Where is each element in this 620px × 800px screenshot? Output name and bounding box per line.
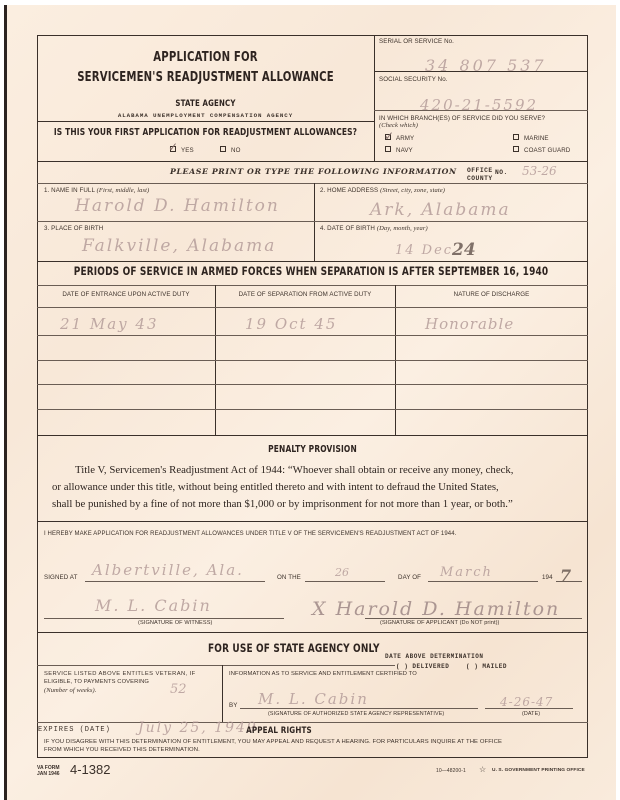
serial-rule <box>374 71 588 72</box>
army-label: ARMY <box>396 135 414 142</box>
state-agency-name: ALABAMA UNEMPLOYMENT COMPENSATION AGENCY <box>37 112 374 119</box>
applicant-line <box>365 618 582 619</box>
signed-at-line <box>85 581 265 582</box>
appeal-title: APPEAL RIGHTS <box>240 725 318 736</box>
declaration-top-rule <box>37 521 588 522</box>
service-row-1-separation[interactable]: 19 Oct 45 <box>245 315 337 333</box>
printer-name: U. S. GOVERNMENT PRINTING OFFICE <box>492 768 585 773</box>
witness-signature[interactable]: M. L. Cabin <box>95 596 212 615</box>
entitles-hint: (Number of weeks). <box>44 687 97 694</box>
penalty-line-2: or allowance under this title, without b… <box>52 479 499 496</box>
navy-label: NAVY <box>396 147 413 154</box>
county-label: COUNTY <box>467 175 493 182</box>
no-label: NO <box>231 147 240 154</box>
signed-at-value[interactable]: Albertville, Ala. <box>92 561 244 579</box>
month-value[interactable]: March <box>440 565 493 580</box>
agency-divider <box>222 665 223 722</box>
declaration-statement: I HEREBY MAKE APPLICATION FOR READJUSTME… <box>44 531 456 537</box>
name-label: 1. NAME IN FULL (First, middle, last) <box>44 187 149 194</box>
dob-label: 4. DATE OF BIRTH (Day, month, year) <box>320 225 428 232</box>
star-icon: ☆ <box>479 765 486 774</box>
office-label: OFFICE <box>467 167 493 174</box>
penalty-line-1: Title V, Servicemen's Readjustment Act o… <box>75 462 514 479</box>
weeks-value[interactable]: 52 <box>170 682 187 697</box>
agency-top-rule <box>37 632 588 633</box>
entitles-text-2: ELIGIBLE, TO PAYMENTS COVERING <box>44 679 149 685</box>
form-prefix: VA FORM JAN 1946 <box>37 765 60 777</box>
month-line <box>428 581 538 582</box>
expires-label: EXPIRES (DATE) <box>38 726 111 734</box>
day-line <box>305 581 385 582</box>
certified-label: INFORMATION AS TO SERVICE AND ENTITLEMEN… <box>229 671 417 677</box>
form-title-line1: APPLICATION FOR <box>74 50 337 65</box>
signed-at-label: SIGNED AT <box>44 574 77 581</box>
on-the-label: ON THE <box>277 574 301 581</box>
appeal-line-1: IF YOU DISAGREE WITH THIS DETERMINATION … <box>44 739 502 745</box>
address-label-text: 2. HOME ADDRESS <box>320 187 378 194</box>
checkmark-icon: ✓ <box>168 140 178 154</box>
agency-date-value[interactable]: 4-26-47 <box>500 695 553 709</box>
branch-question: IN WHICH BRANCH(ES) OF SERVICE DID YOU S… <box>379 115 545 122</box>
penalty-title: PENALTY PROVISION <box>98 444 528 455</box>
address-label: 2. HOME ADDRESS (Street, city, zone, sta… <box>320 187 445 194</box>
branch-hint: (Check which) <box>379 122 418 129</box>
fields-divider <box>314 183 315 261</box>
service-top-rule <box>37 261 588 262</box>
first-application-question: IS THIS YOUR FIRST APPLICATION FOR READJ… <box>30 127 382 138</box>
rep-label: (SIGNATURE OF AUTHORIZED STATE AGENCY RE… <box>268 711 444 717</box>
dob-hint: (Day, month, year) <box>377 225 428 232</box>
applicant-signature[interactable]: X Harold D. Hamilton <box>312 598 560 620</box>
entitles-text-1: SERVICE LISTED ABOVE ENTITLES VETERAN, I… <box>44 671 196 677</box>
year-value[interactable]: 7 <box>560 566 571 585</box>
form-title-line2: SERVICEMEN'S READJUSTMENT ALLOWANCE <box>37 70 373 85</box>
delivered-option[interactable]: ( ) DELIVERED <box>396 663 449 670</box>
year-prefix: 194 <box>542 574 553 581</box>
print-code: 10—48200-1 <box>436 768 466 774</box>
birthplace-label: 3. PLACE OF BIRTH <box>44 225 103 232</box>
form-prefix-2: JAN 1946 <box>37 771 60 777</box>
day-value[interactable]: 26 <box>335 566 349 579</box>
address-value[interactable]: Ark, Alabama <box>370 200 511 220</box>
penalty-line-3: shall be punished by a fine of not more … <box>52 496 513 513</box>
witness-label: (SIGNATURE OF WITNESS) <box>138 620 213 626</box>
agency-mid-rule <box>37 665 395 666</box>
service-row-rule <box>37 335 588 336</box>
branch-marine[interactable]: MARINE <box>513 135 549 142</box>
service-header-rule <box>37 285 588 286</box>
name-label-text: 1. NAME IN FULL <box>44 187 95 194</box>
branch-coast-guard[interactable]: COAST GUARD <box>513 147 570 154</box>
fields-mid-rule <box>37 221 588 222</box>
header-rule <box>37 121 374 122</box>
coast-guard-box[interactable] <box>513 146 519 152</box>
service-row-rule <box>37 409 588 410</box>
dob-year[interactable]: 24 <box>452 240 476 260</box>
marine-box[interactable] <box>513 134 519 140</box>
service-row-1-discharge[interactable]: Honorable <box>425 315 514 333</box>
ssn-rule <box>374 110 588 111</box>
col-discharge-header: NATURE OF DISCHARGE <box>395 291 588 298</box>
service-row-rule <box>37 384 588 385</box>
service-row-1-entrance[interactable]: 21 May 43 <box>60 315 159 333</box>
marine-label: MARINE <box>524 135 549 142</box>
header-bottom-rule <box>37 161 588 162</box>
dob-label-text: 4. DATE OF BIRTH <box>320 225 375 232</box>
day-of-label: DAY OF <box>398 574 421 581</box>
print-instructions: PLEASE PRINT OR TYPE THE FOLLOWING INFOR… <box>170 167 457 176</box>
applicant-label: (SIGNATURE OF APPLICANT (Do NOT print)) <box>380 620 500 626</box>
ssn-value[interactable]: 420-21-5592 <box>420 96 538 114</box>
appeal-line-2: FROM WHICH YOU RECEIVED THIS DETERMINATI… <box>44 747 200 753</box>
penalty-top-rule <box>37 435 588 436</box>
col-entrance-header: DATE OF ENTRANCE UPON ACTIVE DUTY <box>37 291 215 298</box>
serial-value[interactable]: 34 807 537 <box>425 56 547 75</box>
witness-line <box>44 618 284 619</box>
name-hint: (First, middle, last) <box>97 187 150 194</box>
branch-navy[interactable]: NAVY <box>385 147 413 154</box>
no-box[interactable] <box>220 146 226 152</box>
ssn-label: SOCIAL SECURITY No. <box>379 76 448 83</box>
birthplace-value[interactable]: Falkville, Alabama <box>82 236 276 256</box>
agency-title: FOR USE OF STATE AGENCY ONLY <box>208 641 356 655</box>
rep-signature[interactable]: M. L. Cabin <box>258 690 369 708</box>
rep-signature-line <box>240 708 478 709</box>
navy-box[interactable] <box>385 146 391 152</box>
dob-value[interactable]: 14 Dec <box>395 243 453 258</box>
date-label: (DATE) <box>522 711 540 717</box>
office-value[interactable]: 53-26 <box>522 164 557 178</box>
instructions-rule <box>37 183 588 184</box>
name-value[interactable]: Harold D. Hamilton <box>75 196 280 216</box>
col-separation-header: DATE OF SEPARATION FROM ACTIVE DUTY <box>215 291 395 298</box>
service-row-rule <box>37 360 588 361</box>
serial-label: SERIAL OR SERVICE No. <box>379 38 454 45</box>
form-number: 4-1382 <box>70 762 110 777</box>
coast-guard-label: COAST GUARD <box>524 147 570 154</box>
yes-label: YES <box>181 147 194 154</box>
address-hint: (Street, city, zone, state) <box>380 187 445 194</box>
office-no-label: NO. <box>495 169 508 176</box>
date-determination-label: DATE ABOVE DETERMINATION <box>385 653 483 660</box>
service-periods-title: PERIODS OF SERVICE IN ARMED FORCES WHEN … <box>37 264 585 278</box>
service-row-rule <box>37 307 588 308</box>
state-agency-label: STATE AGENCY <box>74 99 337 109</box>
appeal-top-rule <box>37 722 588 723</box>
by-label: BY <box>229 702 237 709</box>
checkmark-icon: ✓ <box>384 129 394 143</box>
no-checkbox[interactable]: NO <box>220 147 240 154</box>
mailed-option[interactable]: ( ) MAILED <box>466 663 507 670</box>
header-divider <box>374 35 375 161</box>
